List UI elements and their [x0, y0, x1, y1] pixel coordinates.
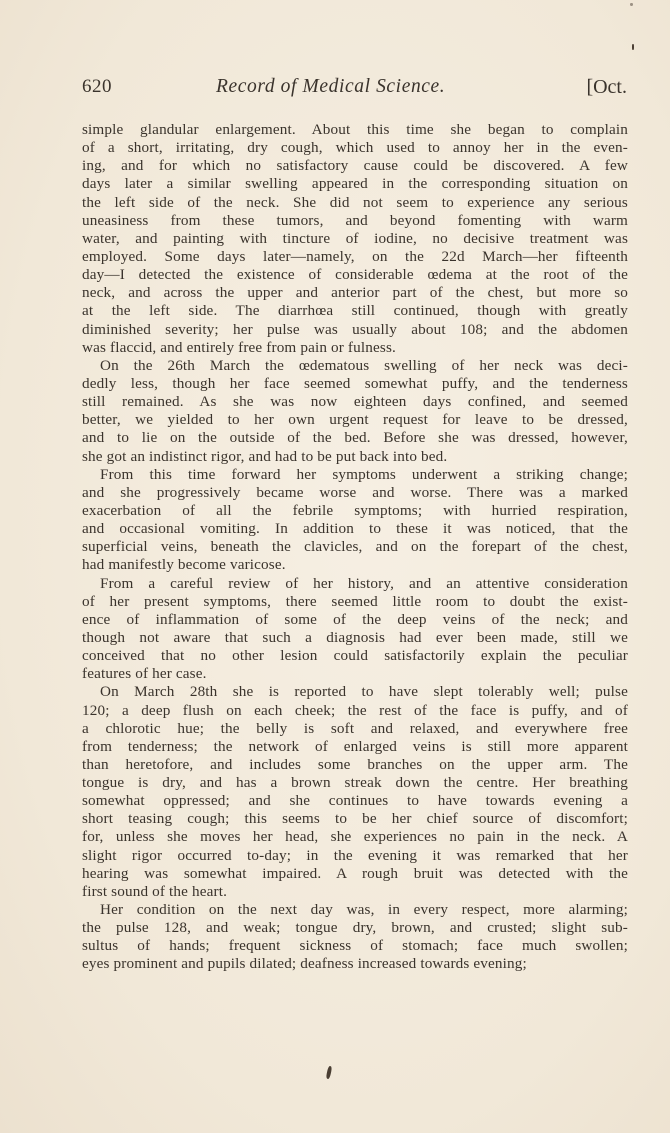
text-line: tongue is dry, and has a brown streak do… — [82, 774, 628, 792]
text-line: superficial veins, beneath the clavicles… — [82, 538, 628, 556]
text-line: of her present symptoms, there seemed li… — [82, 593, 628, 611]
header-month: [Oct. — [586, 76, 627, 99]
text-line: she got an indistinct rigor, and had to … — [82, 448, 628, 466]
paragraph: From a careful review of her history, an… — [82, 575, 628, 684]
text-line: features of her case. — [82, 665, 628, 683]
text-line: from tenderness; the network of enlarged… — [82, 738, 628, 756]
text-line: employed. Some days later—namely, on the… — [82, 248, 628, 266]
text-line: From this time forward her symptoms unde… — [82, 466, 628, 484]
text-line: day—I detected the existence of consider… — [82, 266, 628, 284]
paragraph: simple glandular enlargement. About this… — [82, 121, 628, 357]
text-line: somewhat oppressed; and she continues to… — [82, 792, 628, 810]
text-line: eyes prominent and pupils dilated; deafn… — [82, 955, 628, 973]
running-header: 620 Record of Medical Science. [Oct. — [82, 74, 627, 102]
text-line: From a careful review of her history, an… — [82, 575, 628, 593]
text-line: hearing was somewhat impaired. A rough b… — [82, 865, 628, 883]
text-line: uneasiness from these tumors, and beyond… — [82, 212, 628, 230]
text-line: ing, and for which no satisfactory cause… — [82, 157, 628, 175]
paragraph: From this time forward her symptoms unde… — [82, 466, 628, 575]
text-line: the left side of the neck. She did not s… — [82, 194, 628, 212]
text-line: simple glandular enlargement. About this… — [82, 121, 628, 139]
paragraph: On the 26th March the œdematous swelling… — [82, 357, 628, 466]
text-line: On March 28th she is reported to have sl… — [82, 683, 628, 701]
text-line: days later a similar swelling appeared i… — [82, 175, 628, 193]
text-line: diminished severity; her pulse was usual… — [82, 321, 628, 339]
text-line: conceived that no other lesion could sat… — [82, 647, 628, 665]
ink-speck — [630, 3, 633, 6]
text-line: than heretofore, and includes some branc… — [82, 756, 628, 774]
text-line: Her condition on the next day was, in ev… — [82, 901, 628, 919]
ink-speck — [632, 44, 634, 50]
text-line: a chlorotic hue; the belly is soft and r… — [82, 720, 628, 738]
page-number: 620 — [82, 76, 112, 98]
text-line: of a short, irritating, dry cough, which… — [82, 139, 628, 157]
text-line: dedly less, though her face seemed somew… — [82, 375, 628, 393]
text-line: short teasing cough; this seems to be he… — [82, 810, 628, 828]
text-line: slight rigor occurred to-day; in the eve… — [82, 847, 628, 865]
text-line: and she progressively became worse and w… — [82, 484, 628, 502]
paragraph: Her condition on the next day was, in ev… — [82, 901, 628, 974]
text-line: at the left side. The diarrhœa still con… — [82, 302, 628, 320]
text-line: for, unless she moves her head, she expe… — [82, 828, 628, 846]
ink-blot — [326, 1066, 333, 1080]
text-line: and occasional vomiting. In addition to … — [82, 520, 628, 538]
book-page: 620 Record of Medical Science. [Oct. sim… — [0, 0, 670, 1133]
text-line: exacerbation of all the febrile symptoms… — [82, 502, 628, 520]
text-line: though not aware that such a diagnosis h… — [82, 629, 628, 647]
text-line: still remained. As she was now eighteen … — [82, 393, 628, 411]
text-line: first sound of the heart. — [82, 883, 628, 901]
text-line: 120; a deep flush on each cheek; the res… — [82, 702, 628, 720]
text-line: ence of inflammation of some of the deep… — [82, 611, 628, 629]
body-text: simple glandular enlargement. About this… — [82, 121, 628, 974]
text-line: the pulse 128, and weak; tongue dry, bro… — [82, 919, 628, 937]
running-title: Record of Medical Science. — [216, 76, 445, 98]
text-line: On the 26th March the œdematous swelling… — [82, 357, 628, 375]
text-line: was flaccid, and entirely free from pain… — [82, 339, 628, 357]
text-line: water, and painting with tincture of iod… — [82, 230, 628, 248]
text-line: had manifestly become varicose. — [82, 556, 628, 574]
paragraph: On March 28th she is reported to have sl… — [82, 683, 628, 901]
text-line: and to lie on the outside of the bed. Be… — [82, 429, 628, 447]
text-line: better, we yielded to her own urgent req… — [82, 411, 628, 429]
text-line: neck, and across the upper and anterior … — [82, 284, 628, 302]
text-line: sultus of hands; frequent sickness of st… — [82, 937, 628, 955]
